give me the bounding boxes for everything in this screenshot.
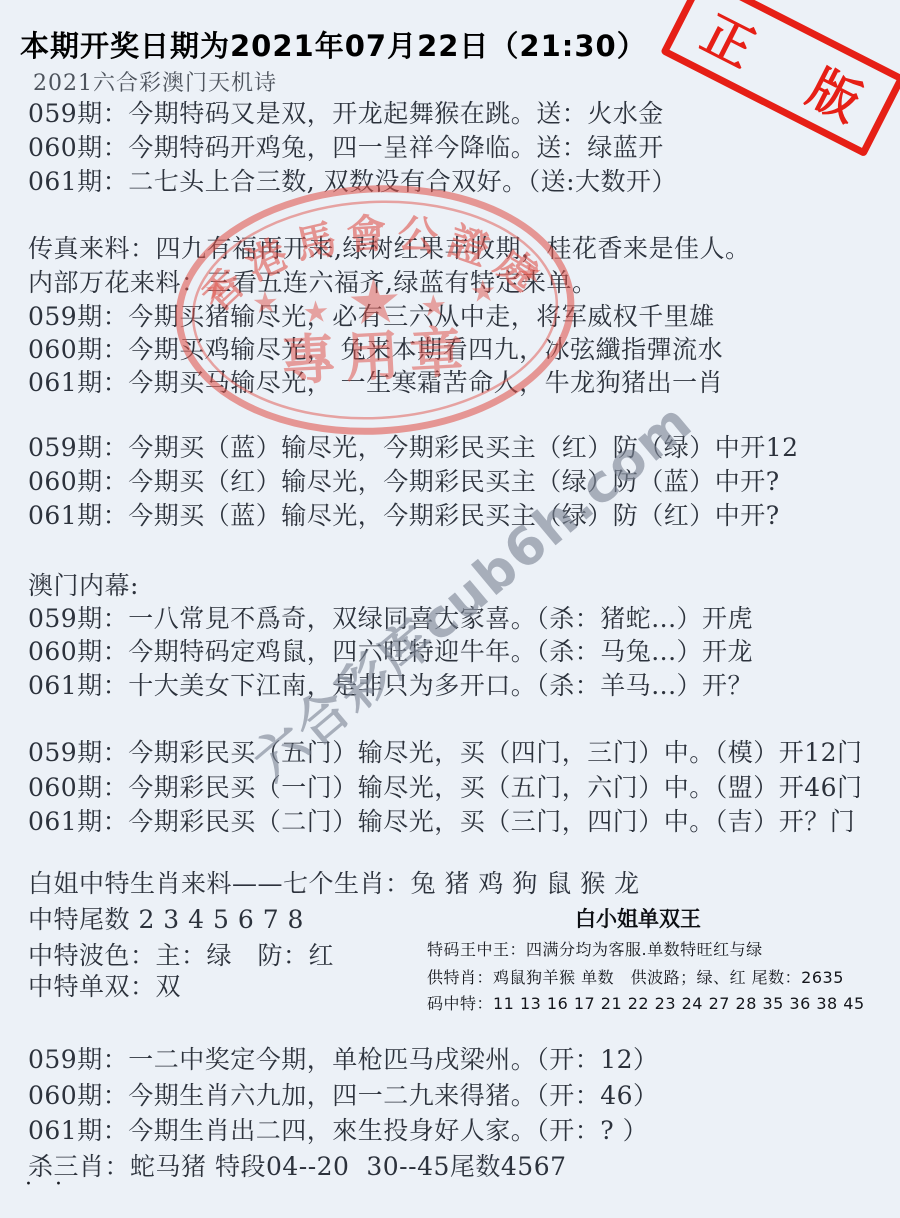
poem-line-059: 059期：今期特码又是双，开龙起舞猴在跳。送：火水金 bbox=[28, 94, 664, 130]
fax-line-060: 060期：今期买鸡输尽光， 兔来本期看四九，冰弦纖指彈流水 bbox=[28, 330, 723, 366]
macau-heading: 澳门内幕: bbox=[28, 566, 139, 602]
authentic-stamp: 正 版 bbox=[660, 0, 900, 157]
poem-line-061: 061期：二七头上合三数, 双数没有合双好。（送:大数开） bbox=[28, 162, 677, 198]
doors-line-061: 061期：今期彩民买（二门）输尽光，买（三门，四门）中。（吉）开？门 bbox=[28, 802, 855, 838]
poem-line-060: 060期：今期特码开鸡兔，四一呈祥今降临。送：绿蓝开 bbox=[28, 128, 664, 164]
page-title: 本期开奖日期为2021年07月22日（21:30） bbox=[20, 24, 647, 65]
fax-line-intro: 传真来料：四九有福再开来,绿树红果丰收期，桂花香来是佳人。 bbox=[28, 229, 750, 265]
baijie-line-tails: 中特尾数 2 3 4 5 6 7 8 bbox=[28, 900, 304, 936]
baixiaojie-line-texiao: 供特肖：鸡鼠狗羊猴 单数 供波路；绿、红 尾数：2635 bbox=[427, 965, 844, 988]
baixiaojie-line-mazhongte: 码中特：11 13 16 17 21 22 23 24 27 28 35 36 … bbox=[427, 991, 865, 1014]
baijie-line-zodiac: 白姐中特生肖来料——七个生肖：兔 猪 鸡 狗 鼠 猴 龙 bbox=[28, 864, 640, 900]
poem-heading: 2021六合彩澳门天机诗 bbox=[33, 66, 277, 97]
final-line-060: 060期：今期生肖六九加，四一二九来得猪。（开：46） bbox=[28, 1076, 659, 1112]
final-line-shasanxiao: 杀三肖：蛇马猪 特段04--20 30--45尾数4567 bbox=[28, 1147, 567, 1183]
colorbet-line-061: 061期：今期买（蓝）输尽光，今期彩民买主（绿）防（红）中开? bbox=[28, 496, 780, 532]
fax-line-059: 059期：今期买猪输尽光，必有三六从中走，将军威权千里雄 bbox=[28, 297, 715, 333]
doors-line-060: 060期：今期彩民买（一门）输尽光，买（五门，六门）中。（盟）开46门 bbox=[28, 768, 863, 804]
final-line-059: 059期：一二中奖定今期，单枪匹马戌梁州。（开：12） bbox=[28, 1040, 659, 1076]
doors-line-059: 059期：今期彩民买（五门）输尽光，买（四门，三门）中。（模）开12门 bbox=[28, 733, 863, 769]
authentic-stamp-label: 正 版 bbox=[668, 0, 898, 147]
baijie-line-parity: 中特单双：双 bbox=[28, 967, 181, 1003]
final-line-061: 061期：今期生肖出二四，來生投身好人家。（开：? ） bbox=[28, 1111, 648, 1147]
fax-line-061: 061期：今期买马输尽光， 一生寒霜苦命人，牛龙狗猪出一肖 bbox=[28, 363, 723, 399]
baixiaojie-title: 白小姐单双王 bbox=[575, 903, 701, 933]
baixiaojie-line-wangzhongwang: 特码王中王：四满分均为客服.单数特旺红与绿 bbox=[427, 937, 763, 960]
fax-line-neibu: 内部万花来料：三看五连六福齐,绿蓝有特定来单。 bbox=[28, 263, 597, 299]
footer-dots: · · bbox=[25, 1172, 70, 1197]
lottery-tip-sheet: 本期开奖日期为2021年07月22日（21:30） 2021六合彩澳门天机诗 0… bbox=[0, 0, 900, 1218]
